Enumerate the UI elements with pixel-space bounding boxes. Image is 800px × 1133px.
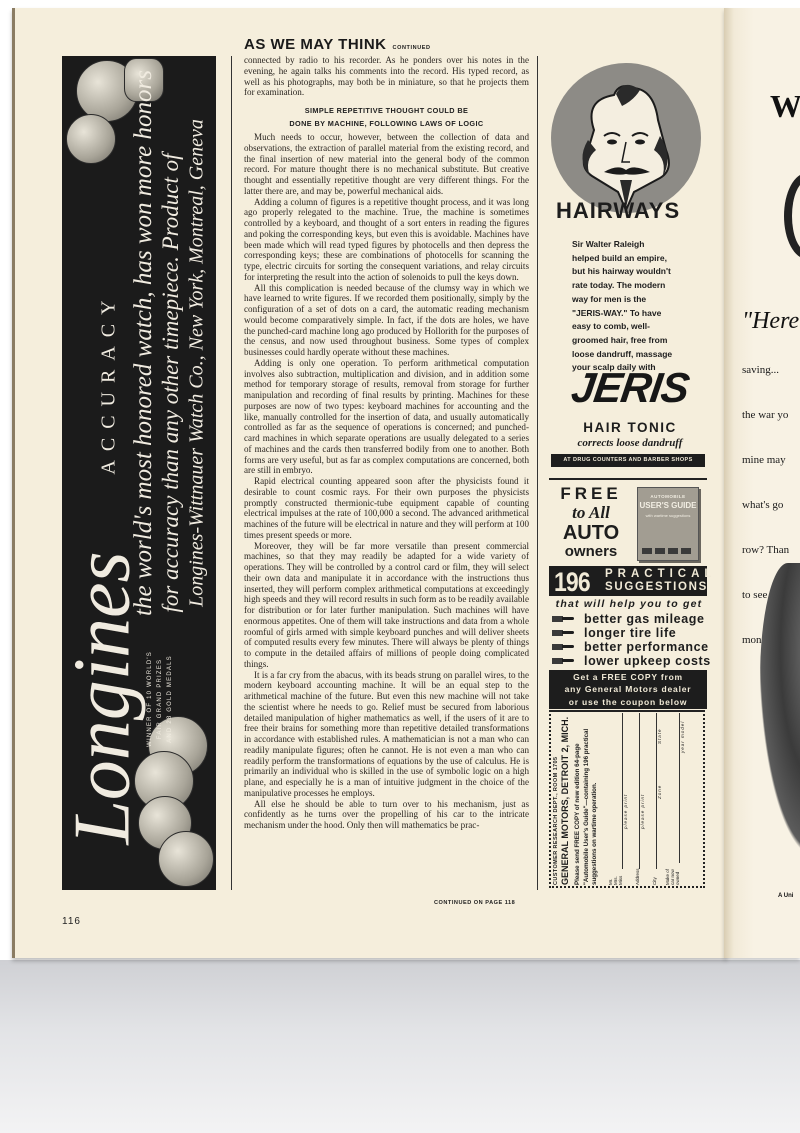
benefits-list: better gas mileage longer tire life bett…: [552, 612, 712, 668]
book-title-line-1: AUTOMOBILE: [638, 494, 698, 499]
article-continued-label: CONTINUED: [393, 45, 431, 51]
pointing-hand-icon: [552, 643, 576, 651]
coupon-car-field[interactable]: Make of car now owned year model: [665, 713, 680, 885]
article-paragraph: All else he should be able to turn over …: [244, 799, 529, 831]
ad-copy-line: way for men is the: [572, 293, 700, 307]
article-paragraph: Rapid electrical counting appeared soon …: [244, 476, 529, 541]
article-subhead: SIMPLE REPETITIVE THOUGHT COULD BE DONE …: [244, 102, 529, 129]
column-divider: [231, 56, 232, 890]
column-divider: [537, 56, 538, 890]
cta-line: or use the coupon below: [549, 696, 707, 708]
jeris-ad-copy: Sir Walter Raleigh helped build an empir…: [572, 238, 700, 375]
article-paragraph: Moreover, they will be far more versatil…: [244, 541, 529, 670]
longines-copy-line-2: for accuracy than any other timepiece. P…: [158, 153, 184, 612]
benefit-label: better performance: [584, 640, 709, 654]
ad-copy-line: loose dandruff, massage: [572, 348, 700, 362]
car-field-label: Make of car now owned: [665, 863, 680, 885]
cta-line: any General Motors dealer: [549, 683, 707, 695]
coupon-city-field[interactable]: City ZoneState: [648, 713, 657, 885]
longines-copy-line-1: the world's most honored watch, has won …: [130, 70, 158, 616]
ad-copy-line: helped build an empire,: [572, 252, 700, 266]
longines-awards-line-3: AND 28 GOLD MEDALS: [167, 655, 173, 743]
gm-auto-label: AUTO: [556, 522, 626, 545]
longines-copy-line-3: Longines-Wittnauer Watch Co., New York, …: [186, 119, 209, 607]
article-column: AS WE MAY THINK CONTINUED connected by r…: [244, 36, 529, 831]
coupon-department: CUSTOMER RESEARCH DEPT., ROOM 1705: [553, 713, 559, 885]
article-paragraph: Adding is only one operation. To perform…: [244, 358, 529, 476]
gm-help-line: that will help you to get: [549, 598, 709, 610]
article-subhead-line-2: DONE BY MACHINE, FOLLOWING LAWS OF LOGIC: [244, 119, 529, 129]
availability-banner: AT DRUG COUNTERS AND BARBER SHOPS: [551, 454, 705, 467]
longines-awards-line-1: WINNER OF 10 WORLD'S: [147, 651, 153, 747]
longines-headline: ACCURACY: [98, 291, 121, 474]
mail-in-coupon[interactable]: CUSTOMER RESEARCH DEPT., ROOM 1705 GENER…: [549, 710, 705, 888]
gm-to-all-label: to All: [556, 503, 626, 523]
article-paragraph: Much needs to occur, however, between th…: [244, 132, 529, 197]
address-field-hint: please print: [640, 794, 645, 829]
suggestions-label: SUGGESTIONS: [605, 581, 708, 593]
adjacent-text-line: mine may: [742, 453, 789, 468]
gm-owners-label: owners: [556, 543, 626, 560]
scanner-background: [0, 960, 800, 1133]
book-title-line-2: USER'S GUIDE: [638, 501, 698, 510]
users-guide-book-image: AUTOMOBILE USER'S GUIDE with wartime sug…: [637, 487, 699, 561]
year-model-hint: year model: [680, 721, 685, 753]
adjacent-caption: A Uni: [778, 893, 793, 899]
adjacent-text-line: what's go: [742, 498, 789, 513]
practical-suggestions-banner: 196 PRACTICAL SUGGESTIONS: [549, 566, 707, 596]
pointing-hand-icon: [552, 657, 576, 665]
benefit-label: better gas mileage: [584, 612, 705, 626]
article-paragraph: Adding a column of figures is a repetiti…: [244, 197, 529, 283]
hairways-header: HAIRWAYS: [556, 198, 680, 224]
sir-walter-raleigh-illustration: [574, 80, 678, 212]
adjacent-illustration: [760, 563, 800, 853]
address-field-label: Address: [635, 869, 640, 885]
coupon-request-text: Please send FREE COPY of new edition 64-…: [574, 713, 600, 885]
state-field-hint: State: [657, 728, 662, 744]
pointing-hand-icon: [552, 615, 576, 623]
cta-line: Get a FREE COPY from: [549, 671, 707, 683]
suggestion-count: 196: [554, 567, 590, 598]
city-field-label: City: [652, 869, 657, 885]
adjacent-decorative-shape: [784, 173, 800, 259]
coupon-name-field[interactable]: Mr. Mrs. Miss please print: [608, 713, 623, 885]
get-free-copy-banner: Get a FREE COPY from any General Motors …: [549, 670, 707, 709]
adjacent-text-line: saving...: [742, 363, 789, 378]
zone-field-hint: Zone: [657, 785, 662, 799]
benefit-label: longer tire life: [584, 626, 676, 640]
adjacent-text-line: the war yo: [742, 408, 789, 423]
adjacent-script-text: "Here: [742, 308, 799, 335]
longines-ad: ACCURACY the world's most honored watch,…: [62, 56, 216, 890]
page-number: 116: [62, 916, 81, 927]
ad-copy-line: groomed hair, free from: [572, 334, 700, 348]
longines-awards-line-2: FAIR GRAND PRIZES: [157, 659, 163, 739]
article-paragraph: All this complication is needed because …: [244, 283, 529, 358]
adjacent-text-line: row? Than: [742, 543, 789, 558]
car-silhouettes-icon: [642, 548, 694, 554]
ad-copy-line: but his hairway wouldn't: [572, 265, 700, 279]
jeris-logo: JERIS: [557, 364, 704, 412]
ad-copy-line: easy to comb, well-: [572, 320, 700, 334]
jeris-tagline: corrects loose dandruff: [545, 437, 715, 449]
book-subtitle: with wartime suggestions: [638, 513, 698, 518]
benefit-item: longer tire life: [552, 626, 712, 640]
article-body: Much needs to occur, however, between th…: [244, 132, 529, 831]
article-intro-paragraph: connected by radio to his recorder. As h…: [244, 55, 529, 98]
hairways-title: HAIRWAYS: [556, 198, 680, 223]
ad-separator-rule: [549, 478, 707, 480]
adjacent-heading-letter: W: [770, 88, 800, 125]
coupon-address: GENERAL MOTORS, DETROIT 2, MICH.: [560, 713, 570, 885]
article-paragraph: It is a far cry from the abacus, with it…: [244, 670, 529, 799]
article-title: AS WE MAY THINK: [244, 36, 387, 53]
gm-free-label: FREE: [556, 484, 626, 504]
hair-tonic-label: HAIR TONIC: [545, 420, 715, 435]
practical-label: PRACTICAL: [605, 568, 716, 580]
benefit-item: lower upkeep costs: [552, 654, 712, 668]
longines-brand-logo: Longines: [62, 551, 149, 844]
benefit-item: better performance: [552, 640, 712, 654]
name-field-hint: please print: [623, 794, 628, 829]
pointing-hand-icon: [552, 629, 576, 637]
adjacent-page-fragment: W "Here saving... the war yo mine may wh…: [724, 8, 800, 958]
article-subhead-line-1: SIMPLE REPETITIVE THOUGHT COULD BE: [244, 102, 529, 119]
benefit-label: lower upkeep costs: [584, 654, 711, 668]
ad-copy-line: rate today. The modern: [572, 279, 700, 293]
name-field-label: Mr. Mrs. Miss: [608, 869, 623, 885]
ad-copy-line: "JERIS-WAY." To have: [572, 307, 700, 321]
coupon-address-field[interactable]: Address please print: [631, 713, 640, 885]
ad-copy-line: Sir Walter Raleigh: [572, 238, 700, 252]
continued-on-page-label: CONTINUED ON PAGE 118: [434, 900, 515, 906]
benefit-item: better gas mileage: [552, 612, 712, 626]
